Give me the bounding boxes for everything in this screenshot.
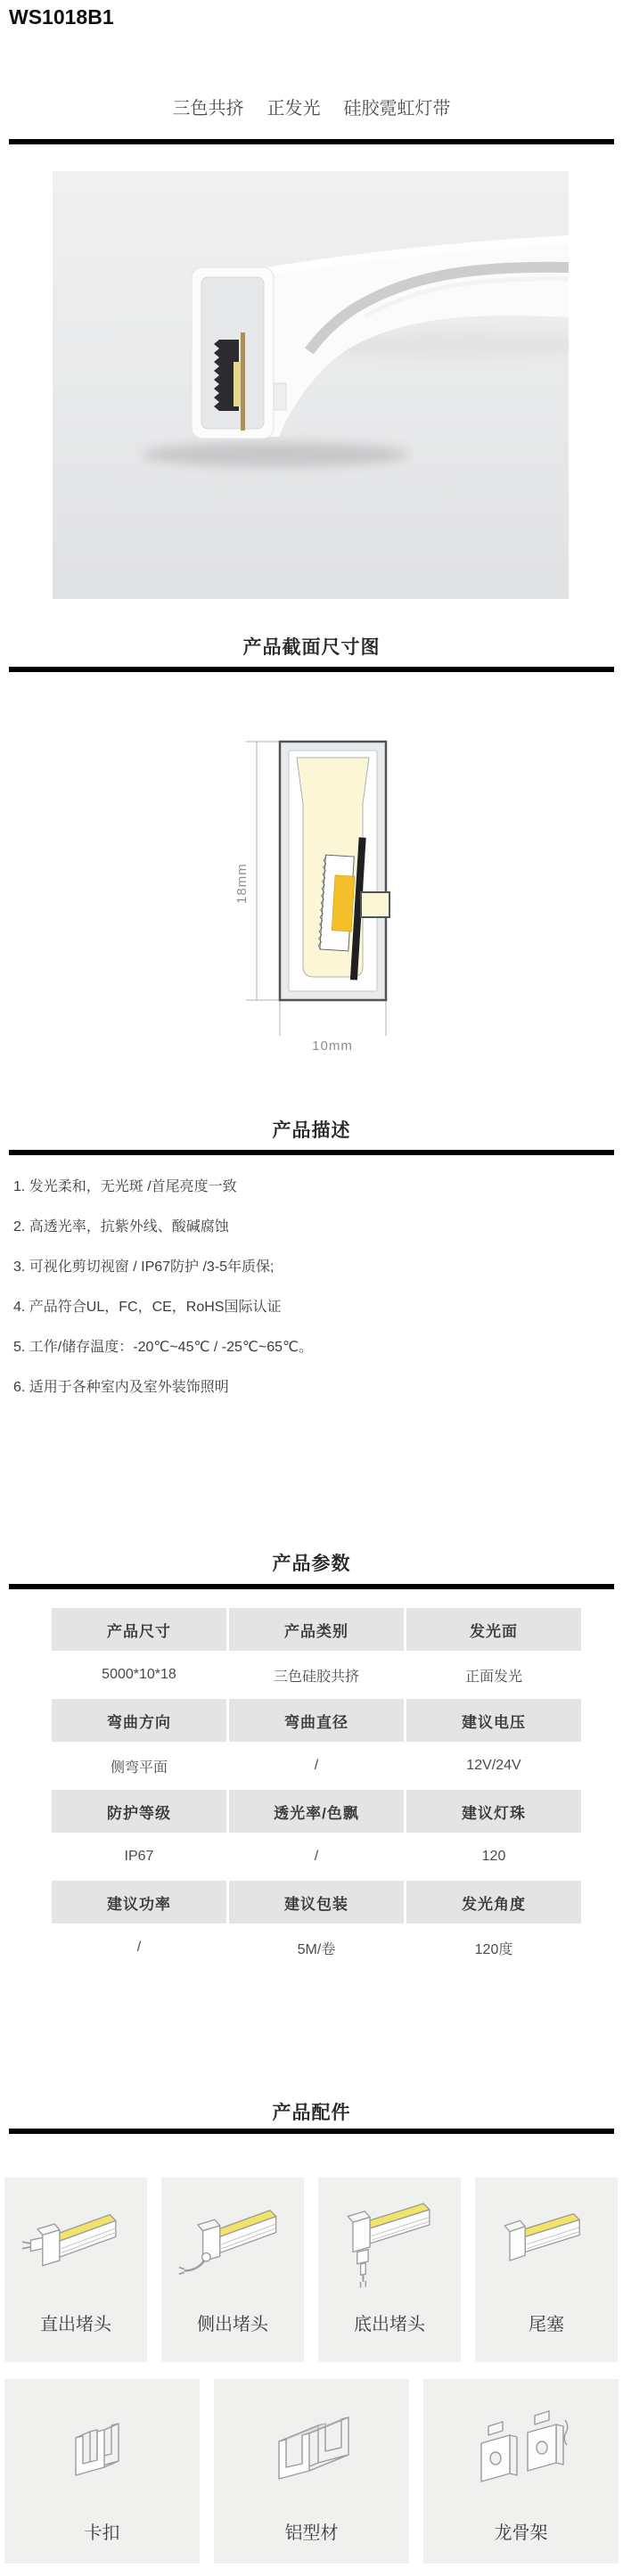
section-divider bbox=[9, 1584, 614, 1589]
tag-tricolor-coextrusion: 三色共挤 bbox=[173, 94, 244, 119]
keel-bracket-icon bbox=[455, 2391, 588, 2507]
section-title-description: 产品描述 bbox=[0, 1116, 623, 1143]
param-header: 透光率/色飘 bbox=[229, 1790, 404, 1833]
accessory-card: 铝型材 bbox=[214, 2379, 409, 2564]
accessory-icon-wrap bbox=[161, 2190, 304, 2297]
accessory-card: 底出堵头 bbox=[318, 2178, 461, 2362]
description-item-2: 2. 高透光率，抗紫外线、酸碱腐蚀 bbox=[13, 1215, 229, 1235]
parameters-table: 产品尺寸 产品类别 发光面 5000*10*18 三色硅胶共挤 正面发光 弯曲方… bbox=[49, 1605, 584, 1972]
accessory-icon-wrap bbox=[475, 2190, 618, 2297]
param-header: 弯曲直径 bbox=[229, 1699, 404, 1742]
mounting-clip-icon bbox=[36, 2391, 169, 2507]
end-plug-icon bbox=[491, 2190, 602, 2297]
table-row: 建议功率 建议包装 发光角度 bbox=[52, 1881, 581, 1924]
section-title-dimension: 产品截面尺寸图 bbox=[0, 633, 623, 660]
section-divider bbox=[9, 2129, 614, 2134]
param-value: 三色硅胶共挤 bbox=[229, 1653, 404, 1696]
table-row: 产品尺寸 产品类别 发光面 bbox=[52, 1608, 581, 1651]
product-detail-page: WS1018B1 三色共挤正发光硅胶霓虹灯带 bbox=[0, 0, 623, 2576]
param-header: 建议功率 bbox=[52, 1881, 226, 1924]
accessory-icon-wrap bbox=[423, 2391, 619, 2507]
pcb-edge bbox=[241, 332, 245, 431]
param-value: / bbox=[52, 1926, 226, 1969]
tag-front-emitting: 正发光 bbox=[267, 94, 321, 119]
param-value: / bbox=[229, 1835, 404, 1878]
description-item-6: 6. 适用于各种室内及室外装饰照明 bbox=[13, 1375, 229, 1396]
param-value: 侧弯平面 bbox=[52, 1744, 226, 1787]
section-divider bbox=[9, 139, 614, 144]
product-tagline: 三色共挤正发光硅胶霓虹灯带 bbox=[0, 94, 623, 119]
param-value: 12V/24V bbox=[406, 1744, 581, 1787]
led-chip bbox=[332, 875, 355, 931]
table-row: 5000*10*18 三色硅胶共挤 正面发光 bbox=[52, 1653, 581, 1696]
height-dimension-label: 18mm bbox=[234, 863, 250, 904]
param-value: IP67 bbox=[52, 1835, 226, 1878]
cut-window-tab bbox=[361, 892, 389, 917]
cross-section-dimension-diagram: 18mm 10mm bbox=[0, 722, 623, 1070]
table-row: / 5M/卷 120度 bbox=[52, 1926, 581, 1969]
cross-section-drawing: 18mm 10mm bbox=[0, 722, 623, 1070]
accessory-label: 尾塞 bbox=[475, 2309, 618, 2335]
param-header: 建议包装 bbox=[229, 1881, 404, 1924]
param-header: 弯曲方向 bbox=[52, 1699, 226, 1742]
table-row: 防护等级 透光率/色飘 建议灯珠 bbox=[52, 1790, 581, 1833]
accessory-label: 直出堵头 bbox=[4, 2309, 147, 2335]
param-header: 防护等级 bbox=[52, 1790, 226, 1833]
bottom-exit-endcap-icon bbox=[334, 2190, 445, 2297]
accessory-label: 卡扣 bbox=[4, 2518, 200, 2544]
page-title: WS1018B1 bbox=[9, 5, 114, 29]
straight-exit-endcap-icon bbox=[20, 2190, 131, 2297]
cut-window-notch bbox=[274, 383, 286, 410]
product-render-image bbox=[53, 171, 569, 599]
param-header: 发光角度 bbox=[406, 1881, 581, 1924]
description-item-3: 3. 可视化剪切视窗 / IP67防护 /3-5年质保; bbox=[13, 1255, 275, 1276]
accessory-icon-wrap bbox=[4, 2391, 200, 2507]
section-title-parameters: 产品参数 bbox=[0, 1549, 623, 1576]
param-header: 发光面 bbox=[406, 1608, 581, 1651]
accessory-label: 底出堵头 bbox=[318, 2309, 461, 2335]
accessory-card: 龙骨架 bbox=[423, 2379, 619, 2564]
table-row: 侧弯平面 / 12V/24V bbox=[52, 1744, 581, 1787]
accessory-label: 铝型材 bbox=[214, 2518, 409, 2544]
section-divider bbox=[9, 667, 614, 672]
param-header: 产品类别 bbox=[229, 1608, 404, 1651]
table-row: 弯曲方向 弯曲直径 建议电压 bbox=[52, 1699, 581, 1742]
section-title-accessories: 产品配件 bbox=[0, 2098, 623, 2125]
param-value: 正面发光 bbox=[406, 1653, 581, 1696]
param-value: 120 bbox=[406, 1835, 581, 1878]
accessory-label: 侧出堵头 bbox=[161, 2309, 304, 2335]
param-value: 120度 bbox=[406, 1926, 581, 1969]
side-exit-endcap-icon bbox=[177, 2190, 288, 2297]
accessory-icon-wrap bbox=[4, 2190, 147, 2297]
tag-silicone-neon: 硅胶霓虹灯带 bbox=[344, 94, 451, 119]
table-row: IP67 / 120 bbox=[52, 1835, 581, 1878]
accessory-icon-wrap bbox=[214, 2391, 409, 2507]
accessory-card: 侧出堵头 bbox=[161, 2178, 304, 2362]
accessory-card: 直出堵头 bbox=[4, 2178, 147, 2362]
section-divider bbox=[9, 1150, 614, 1155]
param-header: 产品尺寸 bbox=[52, 1608, 226, 1651]
accessory-label: 龙骨架 bbox=[423, 2518, 619, 2544]
param-header: 建议电压 bbox=[406, 1699, 581, 1742]
silicone-neon-strip-render bbox=[53, 171, 569, 599]
accessory-card: 卡扣 bbox=[4, 2379, 200, 2564]
param-value: / bbox=[229, 1744, 404, 1787]
aluminum-profile-icon bbox=[245, 2391, 379, 2507]
description-item-5: 5. 工作/储存温度：-20℃~45℃ / -25℃~65℃。 bbox=[13, 1335, 313, 1356]
param-header: 建议灯珠 bbox=[406, 1790, 581, 1833]
led-chip bbox=[234, 362, 241, 406]
param-value: 5000*10*18 bbox=[52, 1653, 226, 1696]
description-item-1: 1. 发光柔和，无光斑 /首尾亮度一致 bbox=[13, 1175, 237, 1195]
description-item-4: 4. 产品符合UL，FC，CE，RoHS国际认证 bbox=[13, 1295, 281, 1316]
width-dimension-label: 10mm bbox=[312, 1038, 353, 1054]
accessory-card: 尾塞 bbox=[475, 2178, 618, 2362]
strip-cut-face bbox=[192, 267, 286, 439]
accessory-icon-wrap bbox=[318, 2190, 461, 2297]
param-value: 5M/卷 bbox=[229, 1926, 404, 1969]
